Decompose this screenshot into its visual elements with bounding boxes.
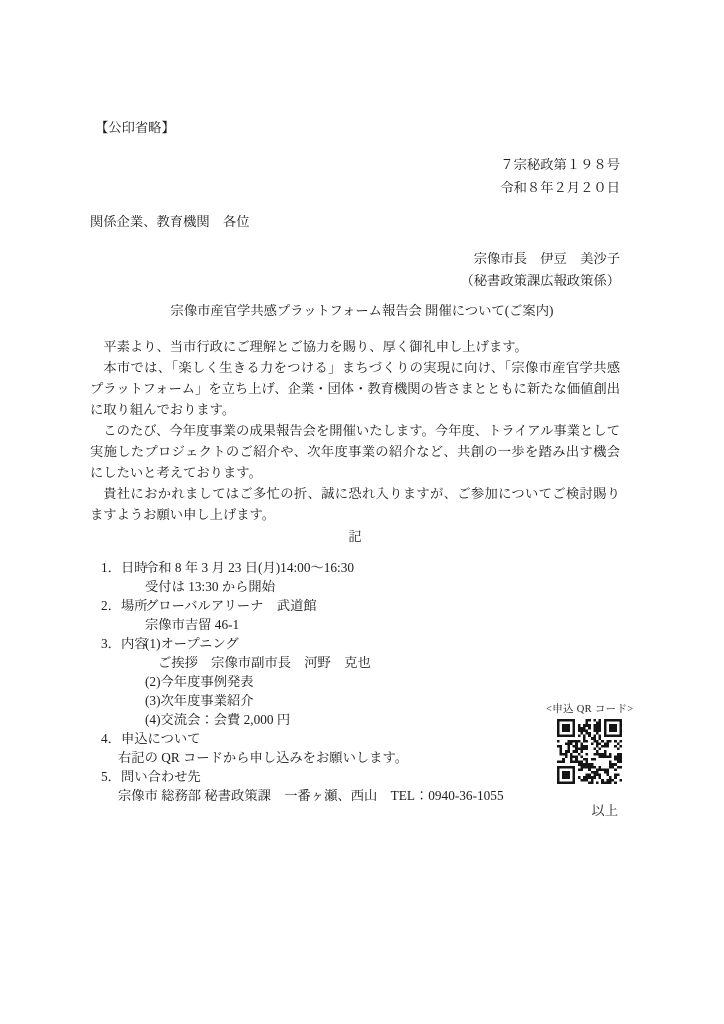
list-item-text: 受付は 13:30 から開始 xyxy=(101,577,551,596)
list-item-text: (1)オープニング xyxy=(145,634,239,653)
list-item-text: ご挨拶 宗像市副市長 河野 克也 xyxy=(101,653,551,672)
list-item-text: 右記の QR コードから申し込みをお願いします。 xyxy=(101,748,551,767)
list-item-datetime: 1．日時 令和 8 年 3 月 23 日(月)14:00～16:30 xyxy=(101,558,551,577)
document-title: 宗像市産官学共感プラットフォーム報告会 開催について(ご案内) xyxy=(0,300,724,319)
body-paragraph: 本市では、「楽しく生きる力をつける」まちづくりの実現に向け、「宗像市産官学共感プ… xyxy=(90,357,620,420)
body-text: 平素より、当市行政にご理解とご協力を賜り、厚く御礼申し上げます。 本市では、「楽… xyxy=(90,336,620,525)
list-item-application: 4．申込について xyxy=(101,729,551,748)
list-item-text: (4)交流会：会費 2,000 円 xyxy=(101,710,551,729)
list-item-contact: 5．問い合わせ先 xyxy=(101,767,551,786)
official-seal-omitted-note: 【公印省略】 xyxy=(95,117,175,136)
list-item-text: 令和 8 年 3 月 23 日(月)14:00～16:30 xyxy=(145,558,354,577)
body-paragraph: 貴社におかれましてはご多忙の折、誠に恐れ入りますが、ご参加についてご検討賜ります… xyxy=(90,483,620,525)
document-number: ７宗秘政第１９８号 xyxy=(90,154,620,173)
list-item-label: 3．内容 xyxy=(101,634,145,653)
qr-code xyxy=(557,719,622,784)
itemized-notes: 1．日時 令和 8 年 3 月 23 日(月)14:00～16:30 受付は 1… xyxy=(101,558,551,805)
body-paragraph: このたび、今年度事業の成果報告会を開催いたします。今年度、トライアル事業として実… xyxy=(90,420,620,483)
qr-code-image xyxy=(557,719,622,784)
sender-department: （秘書政策課広報政策係） xyxy=(90,270,620,292)
list-item-text: (3)次年度事業紹介 xyxy=(101,691,551,710)
body-paragraph: 平素より、当市行政にご理解とご協力を賜り、厚く御礼申し上げます。 xyxy=(90,336,620,357)
issue-date: 令和８年２月２０日 xyxy=(90,177,620,196)
qr-caption: <申込 QR コード> xyxy=(546,701,633,716)
list-item-text: (2)今年度事例発表 xyxy=(101,672,551,691)
document-page: 【公印省略】 ７宗秘政第１９８号 令和８年２月２０日 関係企業、教育機関 各位 … xyxy=(0,0,724,1024)
list-item-text: 宗像市吉留 46-1 xyxy=(101,615,551,634)
sender-name: 宗像市長 伊豆 美沙子 xyxy=(90,248,620,270)
sender-block: 宗像市長 伊豆 美沙子 （秘書政策課広報政策係） xyxy=(90,248,620,292)
list-item-contents: 3．内容 (1)オープニング xyxy=(101,634,551,653)
record-marker: 記 xyxy=(90,526,620,545)
list-item-place: 2．場所 グローバルアリーナ 武道館 xyxy=(101,596,551,615)
recipient-line: 関係企業、教育機関 各位 xyxy=(90,211,250,230)
list-item-label: 2．場所 xyxy=(101,596,145,615)
closing-word: 以上 xyxy=(90,800,618,819)
list-item-text: グローバルアリーナ 武道館 xyxy=(145,596,317,615)
list-item-label: 1．日時 xyxy=(101,558,145,577)
